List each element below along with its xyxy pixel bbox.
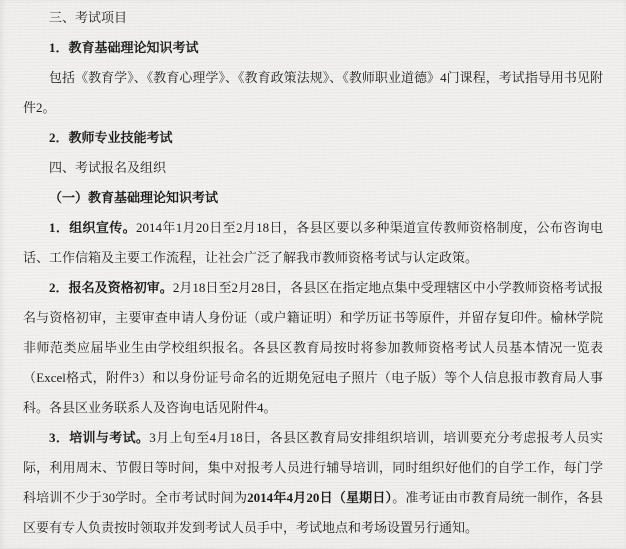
- paragraph-registration-body: 2月18日至2月28日，各县区在指定地点集中受理辖区中小学教师资格考试报名与资格…: [23, 280, 603, 415]
- paragraph-training-lead: 3．培训与考试。: [49, 430, 149, 445]
- paragraph-publicity: 1．组织宣传。2014年1月20日至2月18日，各县区要以多种渠道宣传教师资格制…: [23, 213, 603, 273]
- item-heading-professional-skills-exam: 2．教师专业技能考试: [23, 123, 603, 153]
- item-heading-education-theory-exam: 1．教育基础理论知识考试: [23, 33, 603, 63]
- paragraph-exam-courses: 包括《教育学》、《教育心理学》、《教育政策法规》、《教师职业道德》4门课程，考试…: [23, 63, 603, 123]
- exam-date-text: 2014年4月20日（星期日）: [247, 490, 392, 505]
- document-page: 三、考试项目 1．教育基础理论知识考试 包括《教育学》、《教育心理学》、《教育政…: [0, 0, 626, 549]
- section-heading-registration-organization: 四、考试报名及组织: [23, 153, 603, 183]
- section-heading-exam-items: 三、考试项目: [23, 3, 603, 33]
- paragraph-registration: 2．报名及资格初审。2月18日至2月28日，各县区在指定地点集中受理辖区中小学教…: [23, 273, 603, 423]
- paragraph-training: 3．培训与考试。3月上旬至4月18日，各县区教育局安排组织培训，培训要充分考虑报…: [23, 423, 603, 543]
- sub-heading-education-theory-exam: （一）教育基础理论知识考试: [23, 183, 603, 213]
- paragraph-publicity-lead: 1．组织宣传。: [49, 220, 136, 235]
- paragraph-registration-lead: 2．报名及资格初审。: [49, 280, 173, 295]
